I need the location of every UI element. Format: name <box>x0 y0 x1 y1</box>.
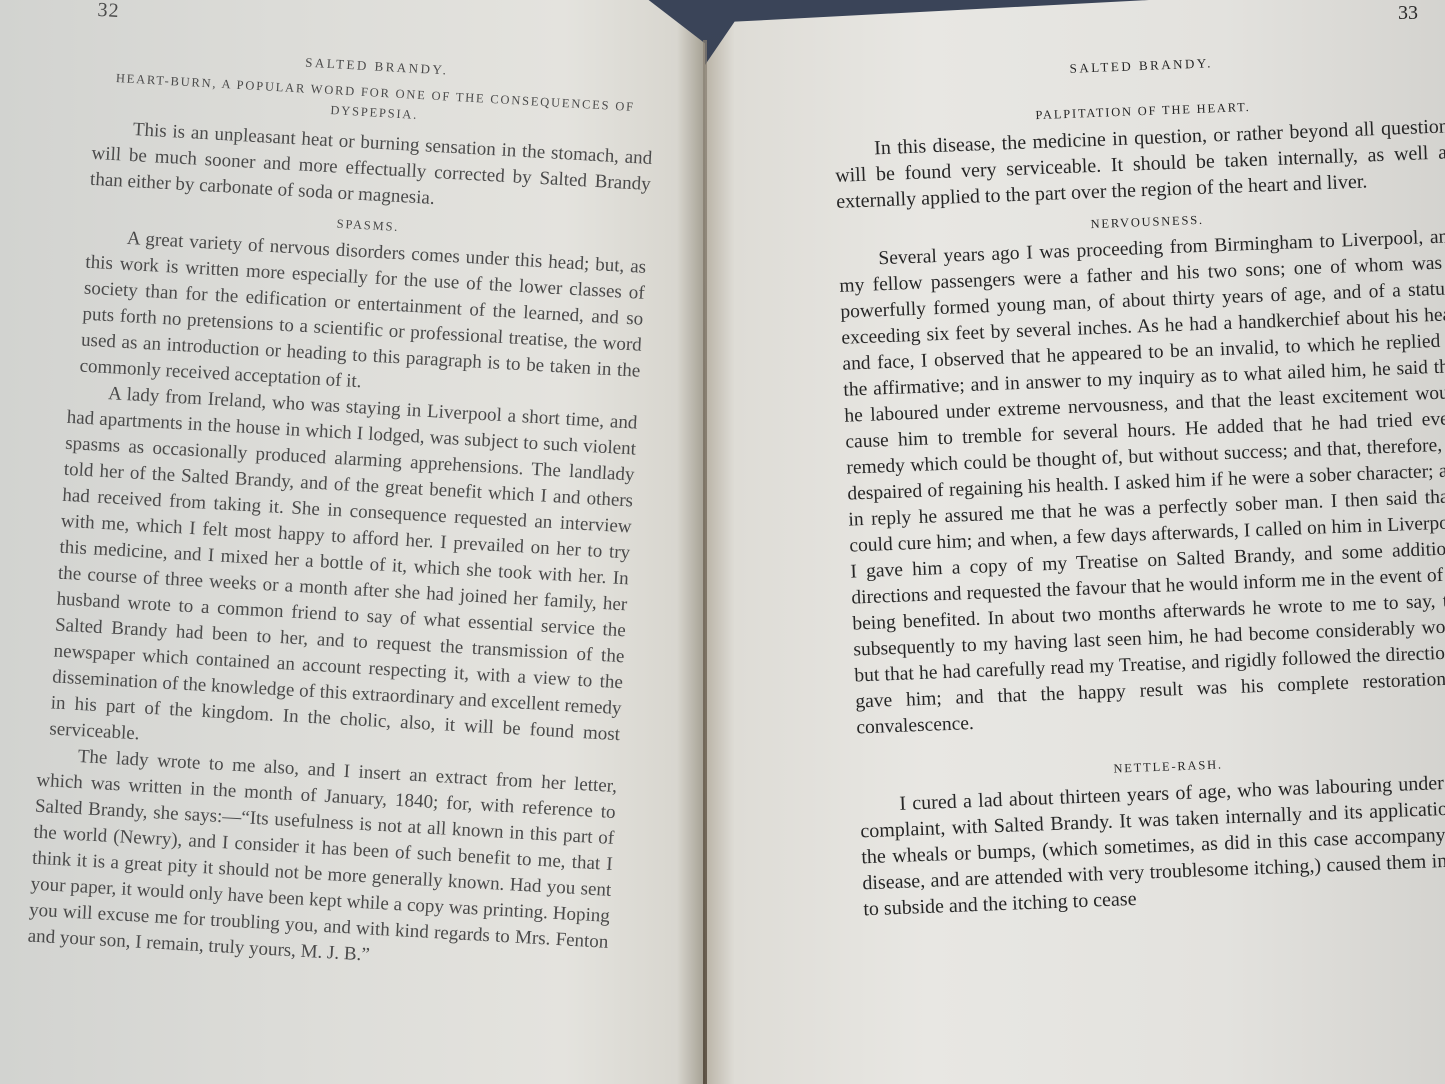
paragraph-palpitation: In this disease, the medicine in questio… <box>834 113 1445 215</box>
paragraph-spasms-lady: A lady from Ireland, who was staying in … <box>0 374 638 774</box>
left-page-text: 32 SALTED BRANDY. HEART-BURN, A POPULAR … <box>0 0 659 982</box>
book-gutter <box>703 40 707 1084</box>
right-running-head: SALTED BRANDY. <box>831 46 1445 86</box>
left-page-number: 32 <box>97 0 120 23</box>
paragraph-nervousness: Several years ago I was proceeding from … <box>838 224 1445 741</box>
book-photo: 32 SALTED BRANDY. HEART-BURN, A POPULAR … <box>0 0 1445 1084</box>
paragraph-spasms-letter: The lady wrote to me also, and I insert … <box>0 738 618 982</box>
right-page-text: SALTED BRANDY. PALPITATION OF THE HEART.… <box>830 16 1445 922</box>
paragraph-nettle-rash: I cured a lad about thirteen years of ag… <box>859 769 1445 923</box>
